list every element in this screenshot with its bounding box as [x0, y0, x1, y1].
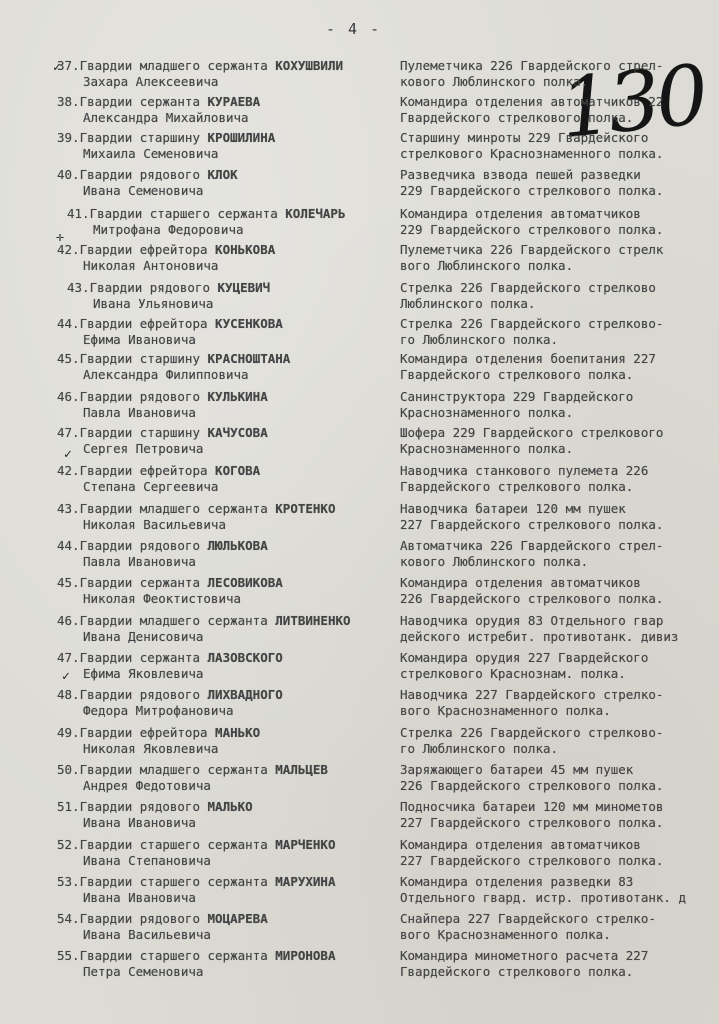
recipient: 42.Гвардии ефрейтора КОНЬКОВАНиколая Ант…: [57, 242, 387, 274]
position-line-2: го Люблинского полка.: [400, 332, 719, 348]
list-item: 46.Гвардии рядового КУЛЬКИНАПавла Иванов…: [0, 389, 719, 425]
entry-number: 38.: [57, 94, 80, 109]
given-name: Ефима Яковлевича: [57, 666, 387, 682]
position-line-1: Старшину минроты 229 Гвардейского: [400, 130, 719, 146]
entry-number: 49.: [57, 725, 80, 740]
list-item: 43.Гвардии младшего сержанта КРОТЕНКОНик…: [0, 501, 719, 537]
position-line-2: кового Люблинского полка.: [400, 554, 719, 570]
position-line-2: Гвардейского стрелкового полка.: [400, 479, 719, 495]
entry-number: 50.: [57, 762, 80, 777]
position-line-2: 227 Гвардейского стрелкового полка.: [400, 517, 719, 533]
position-line-2: Гвардейского стрелкового полка.: [400, 367, 719, 383]
list-item: 42.Гвардии ефрейтора КОНЬКОВАНиколая Ант…: [0, 242, 719, 278]
position-description: Старшину минроты 229 Гвардейскогострелко…: [400, 130, 719, 162]
rank: Гвардии старшину: [80, 130, 200, 145]
given-name: Ивана Ульяновича: [67, 296, 397, 312]
position-description: Санинструктора 229 ГвардейскогоКраснозна…: [400, 389, 719, 421]
entry-number: 47.: [57, 425, 80, 440]
position-description: Снайпера 227 Гвардейского стрелко-вого К…: [400, 911, 719, 943]
rank: Гвардии ефрейтора: [80, 242, 208, 257]
given-name: Николая Васильевича: [57, 517, 387, 533]
position-line-1: Пулеметчика 226 Гвардейского стрелк: [400, 242, 719, 258]
position-line-2: Краснознаменного полка.: [400, 441, 719, 457]
entry-number: 44.: [57, 316, 80, 331]
rank: Гвардии сержанта: [80, 575, 200, 590]
entry-number: 39.: [57, 130, 80, 145]
recipient: 44.Гвардии ефрейтора КУСЕНКОВАЕфима Иван…: [57, 316, 387, 348]
position-description: Командира отделения автоматчиков229 Гвар…: [400, 206, 719, 238]
recipient: 52.Гвардии старшего сержанта МАРЧЕНКОИва…: [57, 837, 387, 869]
list-item: 41.Гвардии старшего сержанта КОЛЕЧАРЬМит…: [0, 206, 719, 242]
position-line-1: Подносчика батареи 120 мм минометов: [400, 799, 719, 815]
rank: Гвардии младшего сержанта: [80, 58, 268, 73]
position-line-2: Люблинского полка.: [400, 296, 719, 312]
position-line-1: Наводчика орудия 83 Отдельного гвар: [400, 613, 719, 629]
given-name: Ефима Ивановича: [57, 332, 387, 348]
entry-number: 53.: [57, 874, 80, 889]
list-item: 49.Гвардии ефрейтора МАНЬКОНиколая Яковл…: [0, 725, 719, 761]
list-item: 37.Гвардии младшего сержанта КОХУШВИЛИЗа…: [0, 58, 719, 94]
rank: Гвардии рядового: [80, 538, 200, 553]
entry-number: 37.: [57, 58, 80, 73]
position-line-1: Командира отделения автоматчиков: [400, 837, 719, 853]
position-line-2: 229 Гвардейского стрелкового полка.: [400, 183, 719, 199]
rank: Гвардии младшего сержанта: [80, 762, 268, 777]
surname: КРАСНОШТАНА: [208, 351, 291, 366]
given-name: Сергея Петровича: [57, 441, 387, 457]
award-list: 37.Гвардии младшего сержанта КОХУШВИЛИЗа…: [0, 0, 719, 1024]
position-description: Пулеметчика 226 Гвардейского стрелквого …: [400, 242, 719, 274]
document-page: - 4 - 130 ✓ ✛ ✓ ✓ 37.Гвардии младшего се…: [0, 0, 719, 1024]
rank: Гвардии ефрейтора: [80, 463, 208, 478]
position-line-2: 229 Гвардейского стрелкового полка.: [400, 222, 719, 238]
surname: МОЦАРЕВА: [208, 911, 268, 926]
given-name: Ивана Степановича: [57, 853, 387, 869]
list-item: 45.Гвардии сержанта ЛЕСОВИКОВАНиколая Фе…: [0, 575, 719, 611]
entry-number: 42.: [57, 463, 80, 478]
surname: ЛИХВАДНОГО: [208, 687, 283, 702]
position-description: Пулеметчика 226 Гвардейского стрел-ковог…: [400, 58, 719, 90]
surname: ЛАЗОВСКОГО: [208, 650, 283, 665]
position-line-2: вого Краснознаменного полка.: [400, 703, 719, 719]
recipient: 47.Гвардии старшину КАЧУСОВАСергея Петро…: [57, 425, 387, 457]
surname: МАРЧЕНКО: [275, 837, 335, 852]
surname: КЛОК: [208, 167, 238, 182]
position-line-1: Командира отделения разведки 83: [400, 874, 719, 890]
recipient: 43.Гвардии младшего сержанта КРОТЕНКОНик…: [57, 501, 387, 533]
rank: Гвардии старшину: [80, 351, 200, 366]
entry-number: 54.: [57, 911, 80, 926]
rank: Гвардии старшего сержанта: [80, 837, 268, 852]
surname: МИРОНОВА: [275, 948, 335, 963]
rank: Гвардии сержанта: [80, 94, 200, 109]
position-description: Командира отделения автоматчиков227 Гвар…: [400, 837, 719, 869]
entry-number: 45.: [57, 575, 80, 590]
surname: КУРАЕВА: [208, 94, 261, 109]
list-item: 53.Гвардии старшего сержанта МАРУХИНАИва…: [0, 874, 719, 910]
list-item: 51.Гвардии рядового МАЛЬКОИвана Иванович…: [0, 799, 719, 835]
position-line-1: Санинструктора 229 Гвардейского: [400, 389, 719, 405]
position-line-2: дейского истребит. противотанк. дивиз: [400, 629, 719, 645]
entry-number: 48.: [57, 687, 80, 702]
position-line-1: Командира отделения боепитания 227: [400, 351, 719, 367]
rank: Гвардии рядового: [80, 389, 200, 404]
rank: Гвардии сержанта: [80, 650, 200, 665]
position-line-1: Стрелка 226 Гвардейского стрелково-: [400, 316, 719, 332]
position-description: Автоматчика 226 Гвардейского стрел-ковог…: [400, 538, 719, 570]
position-description: Командира отделения боепитания 227Гварде…: [400, 351, 719, 383]
given-name: Павла Ивановича: [57, 405, 387, 421]
given-name: Захара Алексеевича: [57, 74, 387, 90]
rank: Гвардии ефрейтора: [80, 316, 208, 331]
recipient: 49.Гвардии ефрейтора МАНЬКОНиколая Яковл…: [57, 725, 387, 757]
given-name: Андрея Федотовича: [57, 778, 387, 794]
position-line-1: Стрелка 226 Гвардейского стрелково: [400, 280, 719, 296]
list-item: 48.Гвардии рядового ЛИХВАДНОГОФедора Мит…: [0, 687, 719, 723]
surname: ЛЮЛЬКОВА: [208, 538, 268, 553]
position-description: Стрелка 226 Гвардейского стрелковоЛюблин…: [400, 280, 719, 312]
position-line-2: 226 Гвардейского стрелкового полка.: [400, 591, 719, 607]
surname: МАЛЬКО: [208, 799, 253, 814]
list-item: 47.Гвардии сержанта ЛАЗОВСКОГОЕфима Яков…: [0, 650, 719, 686]
recipient: 44.Гвардии рядового ЛЮЛЬКОВАПавла Иванов…: [57, 538, 387, 570]
position-line-2: вого Краснознаменного полка.: [400, 927, 719, 943]
recipient: 42.Гвардии ефрейтора КОГОВАСтепана Серге…: [57, 463, 387, 495]
position-description: Наводчика 227 Гвардейского стрелко-вого …: [400, 687, 719, 719]
recipient: 39.Гвардии старшину КРОШИЛИНАМихаила Сем…: [57, 130, 387, 162]
position-description: Стрелка 226 Гвардейского стрелково-го Лю…: [400, 725, 719, 757]
position-description: Наводчика батареи 120 мм пушек227 Гварде…: [400, 501, 719, 533]
position-line-1: Стрелка 226 Гвардейского стрелково-: [400, 725, 719, 741]
position-line-1: Командира орудия 227 Гвардейского: [400, 650, 719, 666]
surname: КОЛЕЧАРЬ: [285, 206, 345, 221]
surname: КАЧУСОВА: [208, 425, 268, 440]
position-line-1: Заряжающего батареи 45 мм пушек: [400, 762, 719, 778]
position-description: Заряжающего батареи 45 мм пушек226 Гвард…: [400, 762, 719, 794]
position-line-2: го Люблинского полка.: [400, 741, 719, 757]
position-line-1: Наводчика 227 Гвардейского стрелко-: [400, 687, 719, 703]
position-line-2: 227 Гвардейского стрелкового полка.: [400, 815, 719, 831]
rank: Гвардии младшего сержанта: [80, 501, 268, 516]
position-line-2: Отдельного гвард. истр. противотанк. д: [400, 890, 719, 906]
position-line-1: Наводчика батареи 120 мм пушек: [400, 501, 719, 517]
surname: МАЛЬЦЕВ: [275, 762, 328, 777]
recipient: 45.Гвардии сержанта ЛЕСОВИКОВАНиколая Фе…: [57, 575, 387, 607]
rank: Гвардии старшину: [80, 425, 200, 440]
given-name: Ивана Ивановича: [57, 815, 387, 831]
recipient: 47.Гвардии сержанта ЛАЗОВСКОГОЕфима Яков…: [57, 650, 387, 682]
list-item: 47.Гвардии старшину КАЧУСОВАСергея Петро…: [0, 425, 719, 461]
position-line-2: Гвардейского стрелкового полка.: [400, 964, 719, 980]
entry-number: 47.: [57, 650, 80, 665]
given-name: Ивана Денисовича: [57, 629, 387, 645]
position-line-1: Командира минометного расчета 227: [400, 948, 719, 964]
recipient: 53.Гвардии старшего сержанта МАРУХИНАИва…: [57, 874, 387, 906]
rank: Гвардии рядового: [80, 799, 200, 814]
given-name: Николая Феоктистовича: [57, 591, 387, 607]
recipient: 55.Гвардии старшего сержанта МИРОНОВАПет…: [57, 948, 387, 980]
entry-number: 43.: [57, 501, 80, 516]
position-line-1: Разведчика взвода пешей разведки: [400, 167, 719, 183]
position-description: Командира орудия 227 Гвардейскогострелко…: [400, 650, 719, 682]
entry-number: 41.: [67, 206, 90, 221]
position-description: Командира отделения разведки 83Отдельног…: [400, 874, 719, 906]
position-line-2: стрелкового Краснознаменного полка.: [400, 146, 719, 162]
list-item: 46.Гвардии младшего сержанта ЛИТВИНЕНКОИ…: [0, 613, 719, 649]
position-description: Подносчика батареи 120 мм минометов227 Г…: [400, 799, 719, 831]
surname: ЛИТВИНЕНКО: [275, 613, 350, 628]
list-item: 44.Гвардии рядового ЛЮЛЬКОВАПавла Иванов…: [0, 538, 719, 574]
position-description: Разведчика взвода пешей разведки229 Гвар…: [400, 167, 719, 199]
given-name: Петра Семеновича: [57, 964, 387, 980]
entry-number: 46.: [57, 613, 80, 628]
list-item: 40.Гвардии рядового КЛОКИвана Семеновича…: [0, 167, 719, 203]
surname: КРОТЕНКО: [275, 501, 335, 516]
given-name: Александра Филипповича: [57, 367, 387, 383]
recipient: 43.Гвардии рядового КУЦЕВИЧИвана Ульянов…: [67, 280, 397, 312]
list-item: 42.Гвардии ефрейтора КОГОВАСтепана Серге…: [0, 463, 719, 499]
given-name: Ивана Семеновича: [57, 183, 387, 199]
position-line-1: Шофера 229 Гвардейского стрелкового: [400, 425, 719, 441]
surname: КУЦЕВИЧ: [218, 280, 271, 295]
position-line-1: Командира отделения автоматчиков: [400, 206, 719, 222]
position-description: Командира минометного расчета 227Гвардей…: [400, 948, 719, 980]
given-name: Николая Антоновича: [57, 258, 387, 274]
position-line-2: кового Люблинского полка.: [400, 74, 719, 90]
list-item: 45.Гвардии старшину КРАСНОШТАНААлександр…: [0, 351, 719, 387]
entry-number: 43.: [67, 280, 90, 295]
recipient: 51.Гвардии рядового МАЛЬКОИвана Иванович…: [57, 799, 387, 831]
recipient: 48.Гвардии рядового ЛИХВАДНОГОФедора Мит…: [57, 687, 387, 719]
entry-number: 44.: [57, 538, 80, 553]
position-description: Командира отделения автоматчиков 22Гвард…: [400, 94, 719, 126]
list-item: 52.Гвардии старшего сержанта МАРЧЕНКОИва…: [0, 837, 719, 873]
recipient: 46.Гвардии рядового КУЛЬКИНАПавла Иванов…: [57, 389, 387, 421]
recipient: 45.Гвардии старшину КРАСНОШТАНААлександр…: [57, 351, 387, 383]
rank: Гвардии рядового: [80, 167, 200, 182]
rank: Гвардии старшего сержанта: [80, 948, 268, 963]
recipient: 37.Гвардии младшего сержанта КОХУШВИЛИЗа…: [57, 58, 387, 90]
surname: КУСЕНКОВА: [215, 316, 283, 331]
position-line-1: Снайпера 227 Гвардейского стрелко-: [400, 911, 719, 927]
position-line-2: 227 Гвардейского стрелкового полка.: [400, 853, 719, 869]
given-name: Михаила Семеновича: [57, 146, 387, 162]
rank: Гвардии рядового: [80, 911, 200, 926]
surname: МАРУХИНА: [275, 874, 335, 889]
recipient: 40.Гвардии рядового КЛОКИвана Семеновича: [57, 167, 387, 199]
position-description: Наводчика станкового пулемета 226Гвардей…: [400, 463, 719, 495]
position-description: Шофера 229 Гвардейского стрелковогоКрасн…: [400, 425, 719, 457]
given-name: Степана Сергеевича: [57, 479, 387, 495]
entry-number: 42.: [57, 242, 80, 257]
entry-number: 51.: [57, 799, 80, 814]
surname: КОХУШВИЛИ: [275, 58, 343, 73]
position-line-2: стрелкового Краснознам. полка.: [400, 666, 719, 682]
list-item: 39.Гвардии старшину КРОШИЛИНАМихаила Сем…: [0, 130, 719, 166]
position-description: Стрелка 226 Гвардейского стрелково-го Лю…: [400, 316, 719, 348]
given-name: Александра Михайловича: [57, 110, 387, 126]
position-line-1: Наводчика станкового пулемета 226: [400, 463, 719, 479]
list-item: 50.Гвардии младшего сержанта МАЛЬЦЕВАндр…: [0, 762, 719, 798]
position-line-1: Командира отделения автоматчиков: [400, 575, 719, 591]
recipient: 50.Гвардии младшего сержанта МАЛЬЦЕВАндр…: [57, 762, 387, 794]
rank: Гвардии старшего сержанта: [80, 874, 268, 889]
surname: ЛЕСОВИКОВА: [208, 575, 283, 590]
position-line-2: 226 Гвардейского стрелкового полка.: [400, 778, 719, 794]
rank: Гвардии ефрейтора: [80, 725, 208, 740]
entry-number: 40.: [57, 167, 80, 182]
position-line-2: вого Люблинского полка.: [400, 258, 719, 274]
given-name: Ивана Ивановича: [57, 890, 387, 906]
list-item: 54.Гвардии рядового МОЦАРЕВАИвана Василь…: [0, 911, 719, 947]
position-line-2: Гвардейского стрелкового полка.: [400, 110, 719, 126]
list-item: 38.Гвардии сержанта КУРАЕВААлександра Ми…: [0, 94, 719, 130]
recipient: 54.Гвардии рядового МОЦАРЕВАИвана Василь…: [57, 911, 387, 943]
position-line-2: Краснознаменного полка.: [400, 405, 719, 421]
surname: МАНЬКО: [215, 725, 260, 740]
given-name: Николая Яковлевича: [57, 741, 387, 757]
given-name: Павла Ивановича: [57, 554, 387, 570]
rank: Гвардии рядового: [80, 687, 200, 702]
entry-number: 46.: [57, 389, 80, 404]
surname: КОНЬКОВА: [215, 242, 275, 257]
recipient: 46.Гвардии младшего сержанта ЛИТВИНЕНКОИ…: [57, 613, 387, 645]
position-description: Наводчика орудия 83 Отдельного гвардейск…: [400, 613, 719, 645]
entry-number: 55.: [57, 948, 80, 963]
given-name: Митрофана Федоровича: [67, 222, 397, 238]
list-item: 44.Гвардии ефрейтора КУСЕНКОВАЕфима Иван…: [0, 316, 719, 352]
rank: Гвардии старшего сержанта: [90, 206, 278, 221]
surname: КОГОВА: [215, 463, 260, 478]
position-line-1: Командира отделения автоматчиков 22: [400, 94, 719, 110]
position-line-1: Пулеметчика 226 Гвардейского стрел-: [400, 58, 719, 74]
list-item: 43.Гвардии рядового КУЦЕВИЧИвана Ульянов…: [0, 280, 719, 316]
surname: КУЛЬКИНА: [208, 389, 268, 404]
rank: Гвардии рядового: [90, 280, 210, 295]
position-line-1: Автоматчика 226 Гвардейского стрел-: [400, 538, 719, 554]
surname: КРОШИЛИНА: [208, 130, 276, 145]
position-description: Командира отделения автоматчиков226 Гвар…: [400, 575, 719, 607]
rank: Гвардии младшего сержанта: [80, 613, 268, 628]
recipient: 41.Гвардии старшего сержанта КОЛЕЧАРЬМит…: [67, 206, 397, 238]
recipient: 38.Гвардии сержанта КУРАЕВААлександра Ми…: [57, 94, 387, 126]
entry-number: 45.: [57, 351, 80, 366]
given-name: Ивана Васильевича: [57, 927, 387, 943]
given-name: Федора Митрофановича: [57, 703, 387, 719]
entry-number: 52.: [57, 837, 80, 852]
list-item: 55.Гвардии старшего сержанта МИРОНОВАПет…: [0, 948, 719, 984]
